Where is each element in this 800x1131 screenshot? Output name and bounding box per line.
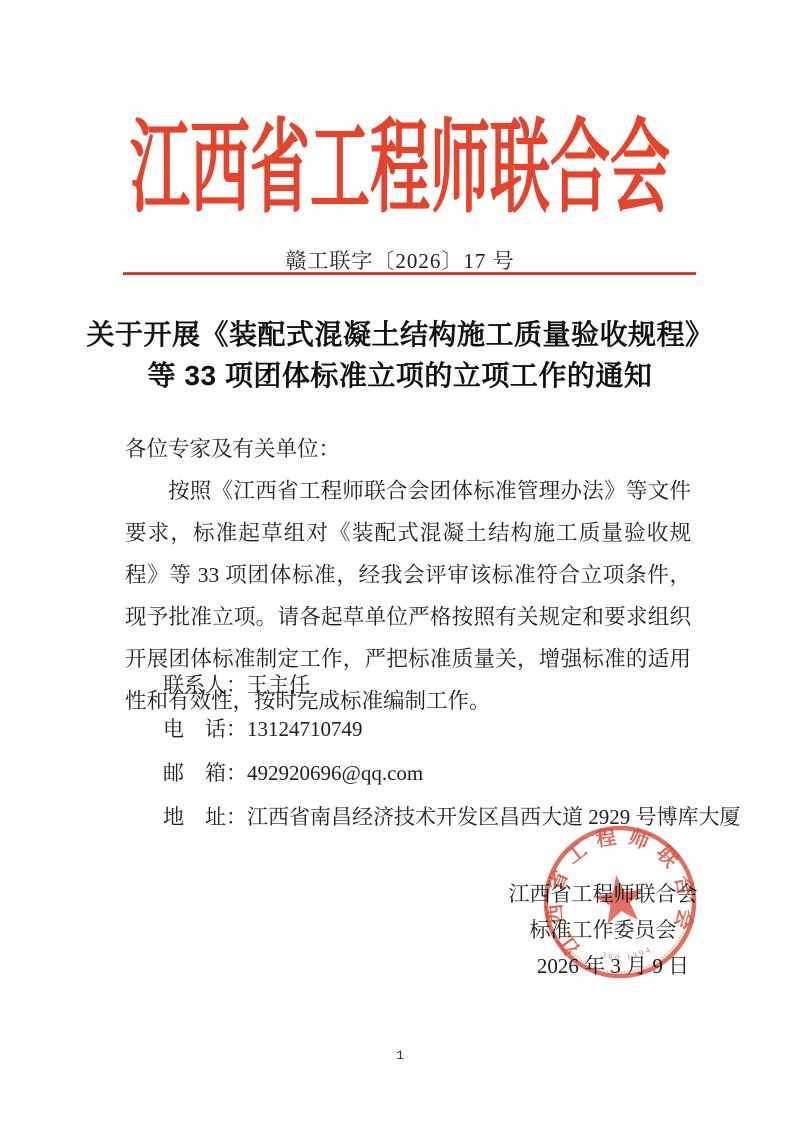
page-number: 1 [0, 1048, 800, 1063]
signature-org-line1: 江西省工程师联合会 [478, 876, 728, 912]
contact-address-label: 地 址： [163, 805, 247, 829]
contact-email-row: 邮 箱：492920696@qq.com [163, 751, 741, 795]
notice-title-line2: 等 33 项团体标准立项的立项工作的通知 [0, 355, 800, 396]
signature-org-line2: 标准工作委员会 [478, 912, 728, 948]
masthead: 江西省工程师联合会 [0, 118, 800, 178]
contact-person-value: 王主任 [247, 673, 310, 697]
contact-phone-label: 电 话： [163, 717, 247, 741]
salutation: 各位专家及有关单位： [125, 428, 691, 470]
contact-phone-value: 13124710749 [247, 717, 363, 741]
signature-date: 2026 年 3 月 9 日 [498, 948, 728, 984]
contact-email-value: 492920696@qq.com [247, 761, 423, 785]
contact-block: 联系人：王主任 电 话：13124710749 邮 箱：492920696@qq… [163, 663, 741, 839]
official-document-page: 江西省工程师联合会 赣工联字〔2026〕17 号 关于开展《装配式混凝土结构施工… [0, 0, 800, 1131]
contact-person-label: 联系人： [163, 673, 247, 697]
contact-email-label: 邮 箱： [163, 761, 247, 785]
signature-block: 江西省工程师联合会 标准工作委员会 2026 年 3 月 9 日 [478, 876, 728, 984]
contact-address-value: 江西省南昌经济技术开发区昌西大道 2929 号博库大厦 [247, 805, 741, 829]
notice-title: 关于开展《装配式混凝土结构施工质量验收规程》 等 33 项团体标准立项的立项工作… [0, 314, 800, 396]
masthead-org-name: 江西省工程师联合会 [130, 118, 670, 220]
notice-title-line1: 关于开展《装配式混凝土结构施工质量验收规程》 [0, 314, 800, 355]
contact-person-row: 联系人：王主任 [163, 663, 741, 707]
red-divider-line [123, 272, 696, 275]
doc-number: 赣工联字〔2026〕17 号 [0, 245, 800, 275]
contact-phone-row: 电 话：13124710749 [163, 707, 741, 751]
contact-address-row: 地 址：江西省南昌经济技术开发区昌西大道 2929 号博库大厦 [163, 795, 741, 839]
